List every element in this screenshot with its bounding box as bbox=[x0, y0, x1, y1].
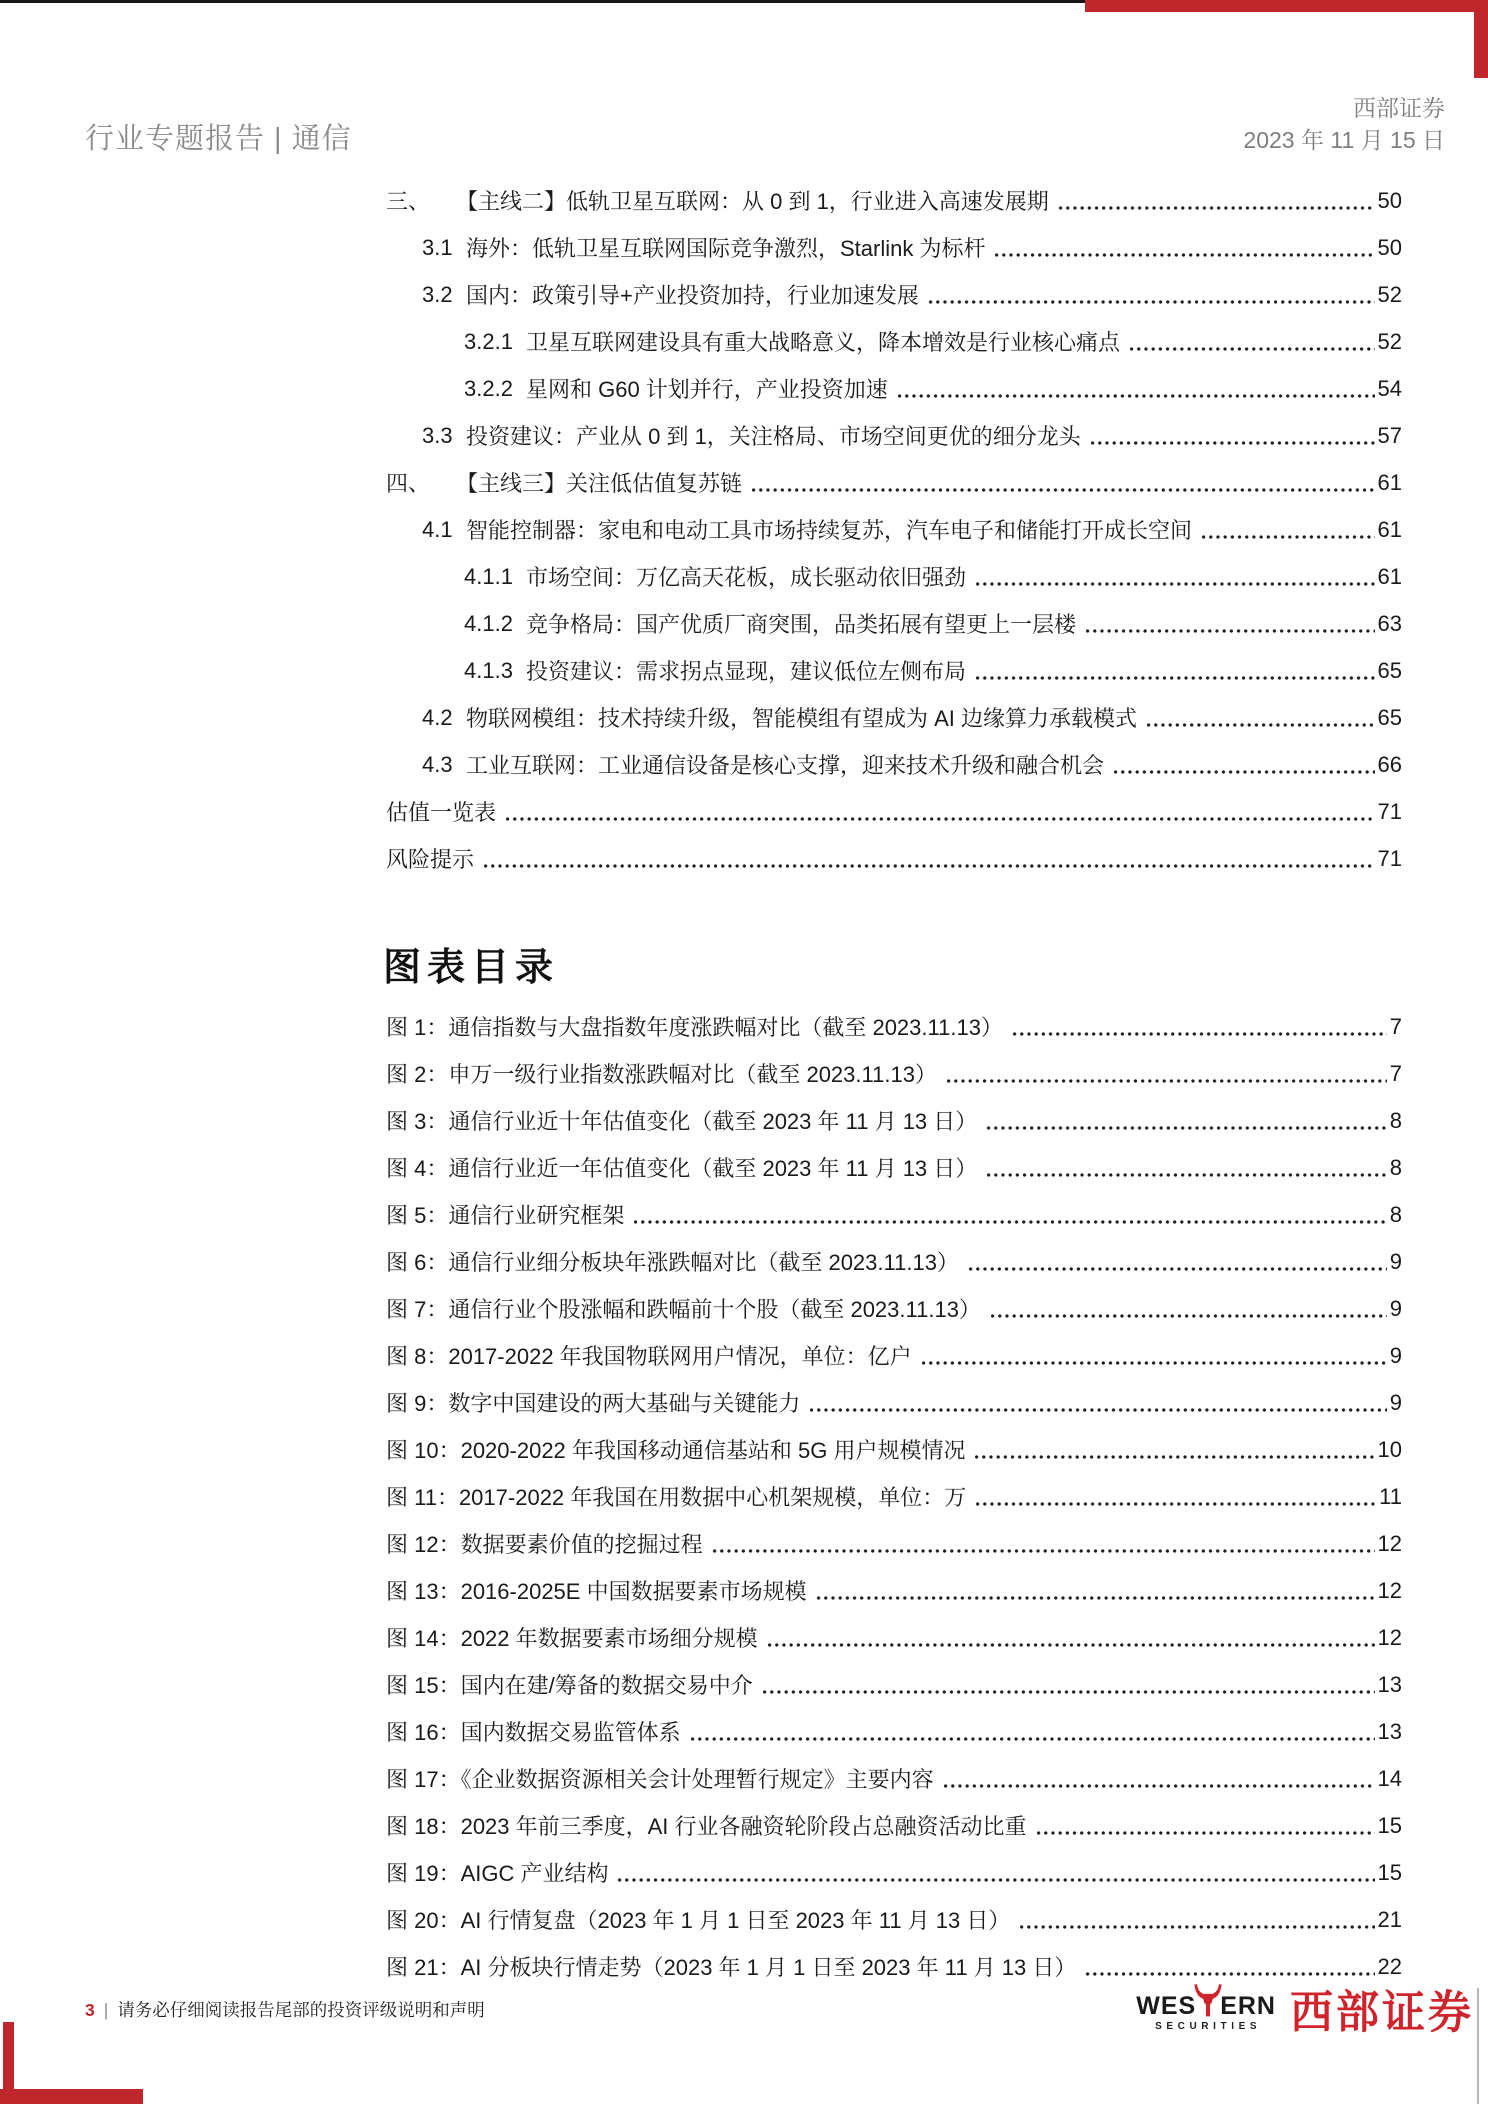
dot-leader bbox=[974, 553, 1375, 600]
page-edge-line bbox=[1477, 1988, 1479, 2104]
entry-title: 图 16：国内数据交易监管体系 bbox=[386, 1716, 681, 1747]
entry-title: 【主线三】关注低估值复苏链 bbox=[456, 467, 742, 498]
dot-leader bbox=[1200, 506, 1375, 553]
figure-entry[interactable]: 图 1：通信指数与大盘指数年度涨跌幅对比（截至 2023.11.13）7 bbox=[386, 1003, 1402, 1050]
dot-leader bbox=[1011, 1003, 1387, 1050]
entry-title: 图 3：通信行业近十年估值变化（截至 2023 年 11 月 13 日） bbox=[386, 1105, 977, 1136]
dot-leader bbox=[711, 1520, 1375, 1567]
entry-title: 估值一览表 bbox=[386, 796, 496, 827]
entry-title: 投资建议：需求拐点显现，建议低位左侧布局 bbox=[526, 655, 966, 686]
entry-number: 三、 bbox=[386, 185, 456, 216]
entry-title: 图 5：通信行业研究框架 bbox=[386, 1199, 624, 1230]
logo-securities-word: SECURITIES bbox=[1151, 2021, 1261, 2032]
right-red-accent-bar bbox=[1474, 0, 1488, 78]
entry-page-number: 63 bbox=[1378, 611, 1402, 637]
dot-leader bbox=[808, 1379, 1386, 1426]
dot-leader bbox=[927, 271, 1375, 318]
entry-title: 海外：低轨卫星互联网国际竞争激烈，Starlink 为标杆 bbox=[466, 232, 985, 263]
dot-leader bbox=[1145, 694, 1375, 741]
entry-page-number: 9 bbox=[1390, 1343, 1402, 1369]
header-right: 西部证券 2023 年 11 月 15 日 bbox=[1243, 92, 1445, 156]
dot-leader bbox=[942, 1755, 1375, 1802]
figure-entry[interactable]: 图 2：申万一级行业指数涨跌幅对比（截至 2023.11.13）7 bbox=[386, 1050, 1402, 1097]
dot-leader bbox=[985, 1144, 1386, 1191]
entry-title: 图 10：2020-2022 年我国移动通信基站和 5G 用户规模情况 bbox=[386, 1434, 965, 1465]
toc-entry[interactable]: 估值一览表71 bbox=[386, 788, 1402, 835]
figure-entry[interactable]: 图 21：AI 分板块行情走势（2023 年 1 月 1 日至 2023 年 1… bbox=[386, 1943, 1402, 1990]
toc-entry[interactable]: 3.3投资建议：产业从 0 到 1，关注格局、市场空间更优的细分龙头57 bbox=[386, 412, 1402, 459]
entry-page-number: 7 bbox=[1390, 1014, 1402, 1040]
figure-entry[interactable]: 图 9：数字中国建设的两大基础与关键能力9 bbox=[386, 1379, 1402, 1426]
logo-western-wes: WES bbox=[1136, 1994, 1196, 2019]
entry-page-number: 21 bbox=[1378, 1907, 1402, 1933]
entry-title: 图 12：数据要素价值的挖掘过程 bbox=[386, 1528, 703, 1559]
top-red-accent-bar bbox=[1085, 0, 1475, 12]
entry-page-number: 15 bbox=[1378, 1813, 1402, 1839]
entry-title: 图 1：通信指数与大盘指数年度涨跌幅对比（截至 2023.11.13） bbox=[386, 1011, 1003, 1042]
dot-leader bbox=[1018, 1896, 1374, 1943]
entry-title: 图 13：2016-2025E 中国数据要素市场规模 bbox=[386, 1575, 807, 1606]
logo-chinese-name: 西部证券 bbox=[1290, 1991, 1474, 2036]
dot-leader bbox=[989, 1285, 1387, 1332]
bull-head-icon bbox=[1196, 1994, 1220, 2019]
entry-title: 工业互联网：工业通信设备是核心支撑，迎来技术升级和融合机会 bbox=[466, 749, 1104, 780]
entry-number: 3.1 bbox=[422, 235, 466, 261]
dot-leader bbox=[920, 1332, 1387, 1379]
entry-title: 图 18：2023 年前三季度，AI 行业各融资轮阶段占总融资活动比重 bbox=[386, 1810, 1027, 1841]
entry-page-number: 52 bbox=[1378, 329, 1402, 355]
entry-title: 图 6：通信行业细分板块年涨跌幅对比（截至 2023.11.13） bbox=[386, 1246, 959, 1277]
dot-leader bbox=[504, 788, 1375, 835]
figure-entry[interactable]: 图 11：2017-2022 年我国在用数据中心机架规模，单位：万11 bbox=[386, 1473, 1402, 1520]
figure-entry[interactable]: 图 16：国内数据交易监管体系13 bbox=[386, 1708, 1402, 1755]
entry-page-number: 12 bbox=[1378, 1578, 1402, 1604]
figure-entry[interactable]: 图 18：2023 年前三季度，AI 行业各融资轮阶段占总融资活动比重15 bbox=[386, 1802, 1402, 1849]
entry-title: 图 15：国内在建/筹备的数据交易中介 bbox=[386, 1669, 753, 1700]
dot-leader bbox=[761, 1661, 1375, 1708]
dot-leader bbox=[1128, 318, 1375, 365]
entry-title: 市场空间：万亿高天花板，成长驱动依旧强劲 bbox=[526, 561, 966, 592]
entry-title: 竞争格局：国产优质厂商突围，品类拓展有望更上一层楼 bbox=[526, 608, 1076, 639]
figure-entry[interactable]: 图 20：AI 行情复盘（2023 年 1 月 1 日至 2023 年 11 月… bbox=[386, 1896, 1402, 1943]
entry-page-number: 61 bbox=[1378, 470, 1402, 496]
toc-entry[interactable]: 3.1海外：低轨卫星互联网国际竞争激烈，Starlink 为标杆50 bbox=[386, 224, 1402, 271]
toc-entry[interactable]: 4.1.2竞争格局：国产优质厂商突围，品类拓展有望更上一层楼63 bbox=[386, 600, 1402, 647]
figure-entry[interactable]: 图 4：通信行业近一年估值变化（截至 2023 年 11 月 13 日）8 bbox=[386, 1144, 1402, 1191]
logo-western-word: WES ERN bbox=[1136, 1994, 1276, 2019]
entry-page-number: 15 bbox=[1378, 1860, 1402, 1886]
figure-entry[interactable]: 图 5：通信行业研究框架8 bbox=[386, 1191, 1402, 1238]
figure-entry[interactable]: 图 7：通信行业个股涨幅和跌幅前十个股（截至 2023.11.13）9 bbox=[386, 1285, 1402, 1332]
dot-leader bbox=[482, 835, 1375, 882]
toc-entry[interactable]: 4.1智能控制器：家电和电动工具市场持续复苏，汽车电子和储能打开成长空间61 bbox=[386, 506, 1402, 553]
dot-leader bbox=[815, 1567, 1375, 1614]
entry-title: 图 8：2017-2022 年我国物联网用户情况，单位：亿户 bbox=[386, 1340, 912, 1371]
entry-title: 智能控制器：家电和电动工具市场持续复苏，汽车电子和储能打开成长空间 bbox=[466, 514, 1192, 545]
entry-page-number: 9 bbox=[1390, 1390, 1402, 1416]
entry-number: 4.2 bbox=[422, 705, 466, 731]
entry-page-number: 61 bbox=[1378, 517, 1402, 543]
dot-leader bbox=[985, 1097, 1386, 1144]
dot-leader bbox=[750, 459, 1375, 506]
dot-leader bbox=[1112, 741, 1375, 788]
entry-page-number: 13 bbox=[1378, 1672, 1402, 1698]
entry-number: 3.2 bbox=[422, 282, 466, 308]
toc-entry[interactable]: 3.2.2星网和 G60 计划并行，产业投资加速54 bbox=[386, 365, 1402, 412]
figures-list: 图 1：通信指数与大盘指数年度涨跌幅对比（截至 2023.11.13）7图 2：… bbox=[386, 1003, 1402, 1990]
figures-section-heading: 图表目录 bbox=[383, 936, 559, 991]
figure-entry[interactable]: 图 10：2020-2022 年我国移动通信基站和 5G 用户规模情况10 bbox=[386, 1426, 1402, 1473]
figure-entry[interactable]: 图 19：AIGC 产业结构15 bbox=[386, 1849, 1402, 1896]
toc-entry[interactable]: 4.1.1市场空间：万亿高天花板，成长驱动依旧强劲61 bbox=[386, 553, 1402, 600]
dot-leader bbox=[974, 647, 1375, 694]
entry-page-number: 65 bbox=[1378, 705, 1402, 731]
footer-disclaimer-text: 请务必仔细阅读报告尾部的投资评级说明和声明 bbox=[117, 2000, 485, 2020]
entry-page-number: 66 bbox=[1378, 752, 1402, 778]
entry-title: 图 2：申万一级行业指数涨跌幅对比（截至 2023.11.13） bbox=[386, 1058, 937, 1089]
entry-number: 4.1 bbox=[422, 517, 466, 543]
entry-title: 图 14：2022 年数据要素市场细分规模 bbox=[386, 1622, 758, 1653]
entry-number: 4.1.2 bbox=[464, 611, 526, 637]
dot-leader bbox=[896, 365, 1375, 412]
entry-page-number: 57 bbox=[1378, 423, 1402, 449]
figure-entry[interactable]: 图 17：《企业数据资源相关会计处理暂行规定》主要内容14 bbox=[386, 1755, 1402, 1802]
entry-title: 图 4：通信行业近一年估值变化（截至 2023 年 11 月 13 日） bbox=[386, 1152, 977, 1183]
dot-leader bbox=[1057, 177, 1375, 224]
toc-entry[interactable]: 四、【主线三】关注低估值复苏链61 bbox=[386, 459, 1402, 506]
entry-page-number: 11 bbox=[1379, 1484, 1402, 1510]
toc-entry[interactable]: 4.2物联网模组：技术持续升级，智能模组有望成为 AI 边缘算力承载模式65 bbox=[386, 694, 1402, 741]
footer-disclaimer-line: 3|请务必仔细阅读报告尾部的投资评级说明和声明 bbox=[85, 1997, 485, 2022]
entry-page-number: 9 bbox=[1390, 1249, 1402, 1275]
dot-leader bbox=[945, 1050, 1387, 1097]
entry-title: 国内：政策引导+产业投资加持，行业加速发展 bbox=[466, 279, 919, 310]
entry-title: 图 21：AI 分板块行情走势（2023 年 1 月 1 日至 2023 年 1… bbox=[386, 1951, 1076, 1982]
entry-title: 卫星互联网建设具有重大战略意义，降本增效是行业核心痛点 bbox=[526, 326, 1120, 357]
brand-name: 西部证券 bbox=[1243, 92, 1445, 124]
dot-leader bbox=[967, 1238, 1387, 1285]
entry-page-number: 14 bbox=[1378, 1766, 1402, 1792]
entry-page-number: 71 bbox=[1378, 846, 1402, 872]
toc-entry[interactable]: 3.2.1卫星互联网建设具有重大战略意义，降本增效是行业核心痛点52 bbox=[386, 318, 1402, 365]
entry-title: 投资建议：产业从 0 到 1，关注格局、市场空间更优的细分龙头 bbox=[466, 420, 1081, 451]
entry-page-number: 54 bbox=[1378, 376, 1402, 402]
dot-leader bbox=[1089, 412, 1375, 459]
dot-leader bbox=[973, 1426, 1374, 1473]
entry-title: 图 11：2017-2022 年我国在用数据中心机架规模，单位：万 bbox=[386, 1481, 966, 1512]
bottom-left-red-bar-horizontal bbox=[0, 2089, 143, 2104]
dot-leader bbox=[1035, 1802, 1375, 1849]
logo-western-block: WES ERN SECURITIES bbox=[1136, 1994, 1276, 2032]
toc-entry[interactable]: 4.1.3投资建议：需求拐点显现，建议低位左侧布局65 bbox=[386, 647, 1402, 694]
table-of-contents: 三、【主线二】低轨卫星互联网：从 0 到 1，行业进入高速发展期503.1海外：… bbox=[386, 177, 1402, 882]
entry-number: 3.2.1 bbox=[464, 329, 526, 355]
entry-number: 四、 bbox=[386, 467, 456, 498]
entry-title: 图 17：《企业数据资源相关会计处理暂行规定》主要内容 bbox=[386, 1763, 934, 1794]
figure-entry[interactable]: 图 13：2016-2025E 中国数据要素市场规模12 bbox=[386, 1567, 1402, 1614]
entry-page-number: 7 bbox=[1390, 1061, 1402, 1087]
entry-number: 3.2.2 bbox=[464, 376, 526, 402]
entry-title: 图 19：AIGC 产业结构 bbox=[386, 1857, 608, 1888]
western-securities-logo: WES ERN SECURITIES 西部证券 bbox=[1136, 1991, 1474, 2034]
figure-entry[interactable]: 图 15：国内在建/筹备的数据交易中介13 bbox=[386, 1661, 1402, 1708]
entry-number: 4.1.1 bbox=[464, 564, 526, 590]
entry-title: 图 7：通信行业个股涨幅和跌幅前十个股（截至 2023.11.13） bbox=[386, 1293, 981, 1324]
entry-title: 图 9：数字中国建设的两大基础与关键能力 bbox=[386, 1387, 800, 1418]
dot-leader bbox=[632, 1191, 1386, 1238]
entry-page-number: 8 bbox=[1390, 1202, 1402, 1228]
toc-entry[interactable]: 3.2国内：政策引导+产业投资加持，行业加速发展52 bbox=[386, 271, 1402, 318]
entry-page-number: 9 bbox=[1390, 1296, 1402, 1322]
report-page: 行业专题报告 | 通信 西部证券 2023 年 11 月 15 日 三、【主线二… bbox=[0, 0, 1488, 2104]
entry-number: 3.3 bbox=[422, 423, 466, 449]
logo-western-ern: ERN bbox=[1220, 1994, 1276, 2019]
entry-page-number: 52 bbox=[1378, 282, 1402, 308]
entry-page-number: 13 bbox=[1378, 1719, 1402, 1745]
entry-page-number: 10 bbox=[1378, 1437, 1402, 1463]
toc-entry[interactable]: 三、【主线二】低轨卫星互联网：从 0 到 1，行业进入高速发展期50 bbox=[386, 177, 1402, 224]
page-number: 3 bbox=[85, 2000, 95, 2020]
figure-entry[interactable]: 图 6：通信行业细分板块年涨跌幅对比（截至 2023.11.13）9 bbox=[386, 1238, 1402, 1285]
entry-title: 图 20：AI 行情复盘（2023 年 1 月 1 日至 2023 年 11 月… bbox=[386, 1904, 1010, 1935]
figure-entry[interactable]: 图 14：2022 年数据要素市场细分规模12 bbox=[386, 1614, 1402, 1661]
figure-entry[interactable]: 图 12：数据要素价值的挖掘过程12 bbox=[386, 1520, 1402, 1567]
dot-leader bbox=[1084, 600, 1375, 647]
dot-leader bbox=[993, 224, 1374, 271]
entry-title: 【主线二】低轨卫星互联网：从 0 到 1，行业进入高速发展期 bbox=[456, 185, 1049, 216]
entry-page-number: 12 bbox=[1378, 1531, 1402, 1557]
entry-page-number: 61 bbox=[1378, 564, 1402, 590]
entry-title: 物联网模组：技术持续升级，智能模组有望成为 AI 边缘算力承载模式 bbox=[466, 702, 1137, 733]
figure-entry[interactable]: 图 8：2017-2022 年我国物联网用户情况，单位：亿户9 bbox=[386, 1332, 1402, 1379]
report-date: 2023 年 11 月 15 日 bbox=[1243, 124, 1445, 156]
entry-title: 风险提示 bbox=[386, 843, 474, 874]
footer-separator: | bbox=[104, 2000, 109, 2020]
report-type-label: 行业专题报告 | 通信 bbox=[85, 116, 352, 157]
figure-entry[interactable]: 图 3：通信行业近十年估值变化（截至 2023 年 11 月 13 日）8 bbox=[386, 1097, 1402, 1144]
entry-page-number: 12 bbox=[1378, 1625, 1402, 1651]
toc-entry[interactable]: 风险提示71 bbox=[386, 835, 1402, 882]
dot-leader bbox=[974, 1473, 1376, 1520]
toc-entry[interactable]: 4.3工业互联网：工业通信设备是核心支撑，迎来技术升级和融合机会66 bbox=[386, 741, 1402, 788]
dot-leader bbox=[766, 1614, 1375, 1661]
entry-number: 4.1.3 bbox=[464, 658, 526, 684]
dot-leader bbox=[1084, 1943, 1374, 1990]
entry-title: 星网和 G60 计划并行，产业投资加速 bbox=[526, 373, 888, 404]
entry-page-number: 22 bbox=[1378, 1954, 1402, 1980]
entry-page-number: 50 bbox=[1378, 188, 1402, 214]
entry-page-number: 8 bbox=[1390, 1108, 1402, 1134]
entry-page-number: 71 bbox=[1378, 799, 1402, 825]
entry-page-number: 65 bbox=[1378, 658, 1402, 684]
entry-page-number: 8 bbox=[1390, 1155, 1402, 1181]
dot-leader bbox=[616, 1849, 1374, 1896]
entry-number: 4.3 bbox=[422, 752, 466, 778]
entry-page-number: 50 bbox=[1378, 235, 1402, 261]
dot-leader bbox=[689, 1708, 1375, 1755]
